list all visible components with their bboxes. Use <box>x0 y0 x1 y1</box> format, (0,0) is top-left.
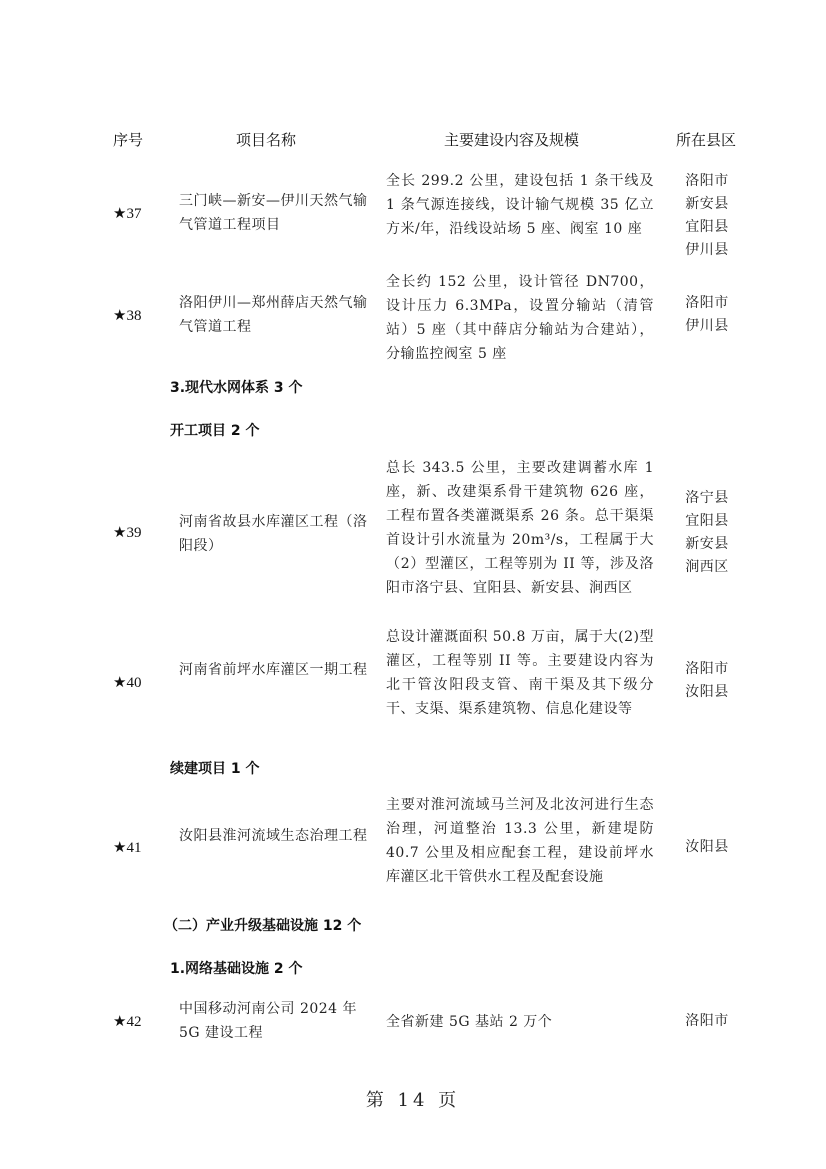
row-content: 全长 299.2 公里，建设包括 1 条干线及 1 条气源连接线，设计输气规模 … <box>386 169 654 241</box>
header-seq: 序号 <box>113 130 143 150</box>
row-project-name: 洛阳伊川—郑州薛店天然气输气管道工程 <box>179 291 369 339</box>
page-number: 第 14 页 <box>0 1086 826 1112</box>
row-content: 全长约 152 公里，设计管径 DN700，设计压力 6.3MPa，设置分输站（… <box>386 270 654 366</box>
header-content: 主要建设内容及规模 <box>444 130 579 150</box>
row-seq: ★41 <box>113 838 141 858</box>
section-heading-industrial-upgrade: （二）产业升级基础设施 12 个 <box>164 916 361 936</box>
row-content: 全省新建 5G 基站 2 万个 <box>386 1010 654 1034</box>
row-content: 主要对淮河流域马兰河及北汝河进行生态治理，河道整治 13.3 公里，新建堤防 4… <box>386 793 654 889</box>
row-seq: ★42 <box>113 1012 141 1032</box>
row-project-name: 河南省前坪水库灌区一期工程 <box>179 658 369 682</box>
row-project-name: 中国移动河南公司 2024 年 5G 建设工程 <box>179 997 359 1045</box>
section-heading-network-infra: 1.网络基础设施 2 个 <box>170 959 303 979</box>
row-county: 洛宁县 宜阳县 新安县 涧西区 <box>683 487 731 579</box>
document-page: 序号 项目名称 主要建设内容及规模 所在县区 ★37 三门峡—新安—伊川天然气输… <box>0 0 826 1169</box>
row-seq: ★37 <box>113 204 141 224</box>
row-county: 洛阳市 <box>683 1010 731 1033</box>
row-county: 洛阳市 汝阳县 <box>683 658 731 704</box>
row-seq: ★40 <box>113 673 141 693</box>
row-county: 洛阳市 伊川县 <box>683 292 731 338</box>
row-project-name: 三门峡—新安—伊川天然气输气管道工程项目 <box>179 189 369 237</box>
section-heading-started-projects: 开工项目 2 个 <box>170 421 260 441</box>
row-content: 总设计灌溉面积 50.8 万亩，属于大(2)型灌区，工程等别 II 等。主要建设… <box>386 625 654 721</box>
row-project-name: 汝阳县淮河流域生态治理工程 <box>179 824 369 848</box>
row-content: 总长 343.5 公里，主要改建调蓄水库 1 座，新、改建渠系骨干建筑物 626… <box>386 456 654 600</box>
section-heading-continued-projects: 续建项目 1 个 <box>170 759 260 779</box>
row-county: 汝阳县 <box>683 836 731 859</box>
row-seq: ★38 <box>113 306 141 326</box>
row-seq: ★39 <box>113 523 141 543</box>
header-project-name: 项目名称 <box>236 130 296 150</box>
row-county: 洛阳市 新安县 宜阳县 伊川县 <box>683 170 731 262</box>
header-county: 所在县区 <box>676 130 736 150</box>
section-heading-water-network: 3.现代水网体系 3 个 <box>170 378 303 398</box>
row-project-name: 河南省故县水库灌区工程（洛阳段） <box>179 510 369 558</box>
